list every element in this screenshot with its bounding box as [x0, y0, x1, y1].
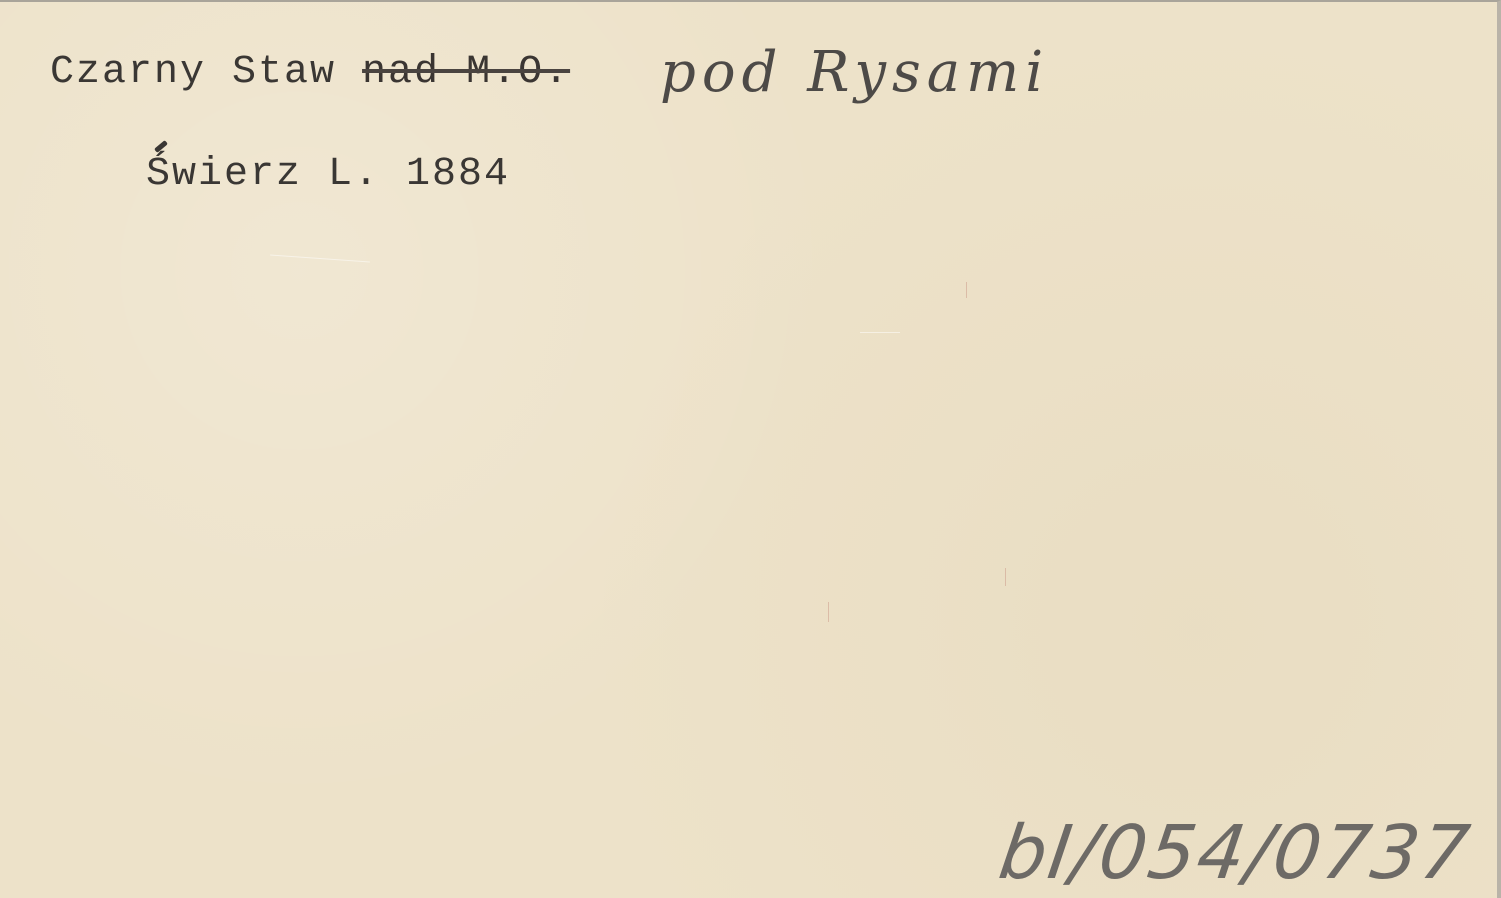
paper-fiber — [966, 282, 967, 298]
handwritten-correction: pod Rysami — [660, 40, 1049, 105]
title-struck-text: nad M.O. — [362, 50, 570, 95]
handwritten-accent-mark — [154, 140, 168, 153]
title-typed: Czarny Staw — [50, 50, 362, 95]
title-line: Czarny Staw nad M.O. — [50, 50, 570, 95]
paper-fiber — [270, 255, 370, 263]
catalog-number: bI/054/0737 — [994, 810, 1476, 896]
paper-fiber — [1005, 568, 1006, 586]
paper-fiber — [860, 332, 900, 333]
author-year-line: Świerz L. 1884 — [146, 152, 510, 197]
paper-fiber — [828, 602, 829, 622]
catalog-card: Czarny Staw nad M.O. pod Rysami Świerz L… — [0, 0, 1501, 898]
